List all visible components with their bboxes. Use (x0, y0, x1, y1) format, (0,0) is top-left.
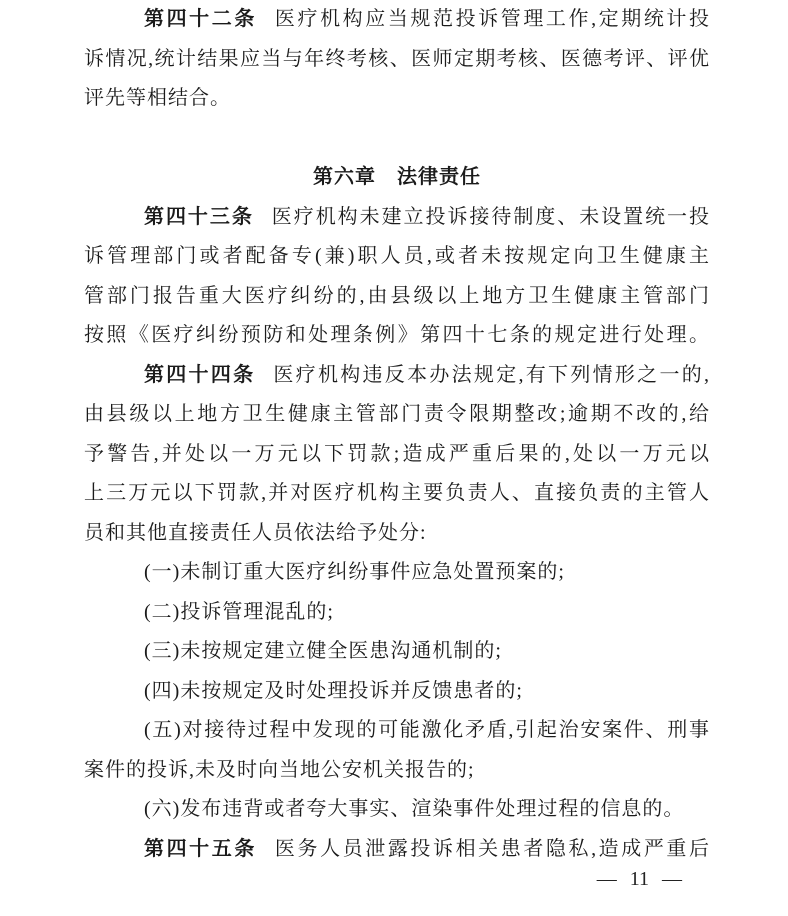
article-43: 第四十三条医疗机构未建立投诉接待制度、未设置统一投 诉管理部门或者配备专(兼)职… (84, 198, 710, 356)
article-42-line-2: 诉情况,统计结果应当与年终考核、医师定期考核、医德考评、评优 (84, 40, 710, 80)
item-1: (一)未制订重大医疗纠纷事件应急处置预案的; (84, 553, 710, 593)
article-44-items: (一)未制订重大医疗纠纷事件应急处置预案的; (二)投诉管理混乱的; (三)未按… (84, 553, 710, 830)
page-footer: —11— (597, 866, 682, 892)
article-42-number: 第四十二条 (144, 8, 257, 30)
article-45-number: 第四十五条 (144, 838, 257, 860)
document-page: 第四十二条医疗机构应当规范投诉管理工作,定期统计投 诉情况,统计结果应当与年终考… (0, 0, 788, 916)
article-45: 第四十五条医务人员泄露投诉相关患者隐私,造成严重后 (84, 830, 710, 870)
article-42-text-1: 医疗机构应当规范投诉管理工作,定期统计投 (275, 8, 710, 30)
article-44-line-2: 由县级以上地方卫生健康主管部门责令限期整改;逾期不改的,给 (84, 395, 710, 435)
footer-dash-left: — (597, 868, 617, 890)
article-44-line-1: 第四十四条医疗机构违反本办法规定,有下列情形之一的, (84, 356, 710, 396)
item-2: (二)投诉管理混乱的; (84, 593, 710, 633)
article-44-line-5: 员和其他直接责任人员依法给予处分: (84, 514, 710, 554)
article-43-line-4: 按照《医疗纠纷预防和处理条例》第四十七条的规定进行处理。 (84, 316, 710, 356)
item-4: (四)未按规定及时处理投诉并反馈患者的; (84, 672, 710, 712)
article-43-line-2: 诉管理部门或者配备专(兼)职人员,或者未按规定向卫生健康主 (84, 237, 710, 277)
article-45-line-1: 第四十五条医务人员泄露投诉相关患者隐私,造成严重后 (84, 830, 710, 870)
article-43-text-1: 医疗机构未建立投诉接待制度、未设置统一投 (272, 206, 710, 228)
footer-dash-right: — (662, 868, 682, 890)
article-44-line-3: 予警告,并处以一万元以下罚款;造成严重后果的,处以一万元以 (84, 435, 710, 475)
article-42: 第四十二条医疗机构应当规范投诉管理工作,定期统计投 诉情况,统计结果应当与年终考… (84, 0, 710, 119)
article-42-line-3: 评先等相结合。 (84, 79, 710, 119)
document-body: 第四十二条医疗机构应当规范投诉管理工作,定期统计投 诉情况,统计结果应当与年终考… (84, 0, 710, 869)
item-5-line-1: (五)对接待过程中发现的可能激化矛盾,引起治安案件、刑事 (84, 711, 710, 751)
article-43-number: 第四十三条 (144, 206, 254, 228)
item-5-line-2: 案件的投诉,未及时向当地公安机关报告的; (84, 751, 710, 791)
article-44: 第四十四条医疗机构违反本办法规定,有下列情形之一的, 由县级以上地方卫生健康主管… (84, 356, 710, 554)
article-42-line-1: 第四十二条医疗机构应当规范投诉管理工作,定期统计投 (84, 0, 710, 40)
article-44-line-4: 上三万元以下罚款,并对医疗机构主要负责人、直接负责的主管人 (84, 474, 710, 514)
article-44-number: 第四十四条 (144, 364, 255, 386)
article-44-text-1: 医疗机构违反本办法规定,有下列情形之一的, (273, 364, 710, 386)
article-43-line-3: 管部门报告重大医疗纠纷的,由县级以上地方卫生健康主管部门 (84, 277, 710, 317)
article-43-line-1: 第四十三条医疗机构未建立投诉接待制度、未设置统一投 (84, 198, 710, 238)
item-3: (三)未按规定建立健全医患沟通机制的; (84, 632, 710, 672)
chapter-heading: 第六章 法律责任 (84, 158, 710, 198)
article-45-text-1: 医务人员泄露投诉相关患者隐私,造成严重后 (275, 838, 710, 860)
page-number: 11 (630, 868, 649, 890)
item-6: (六)发布违背或者夸大事实、渲染事件处理过程的信息的。 (84, 790, 710, 830)
